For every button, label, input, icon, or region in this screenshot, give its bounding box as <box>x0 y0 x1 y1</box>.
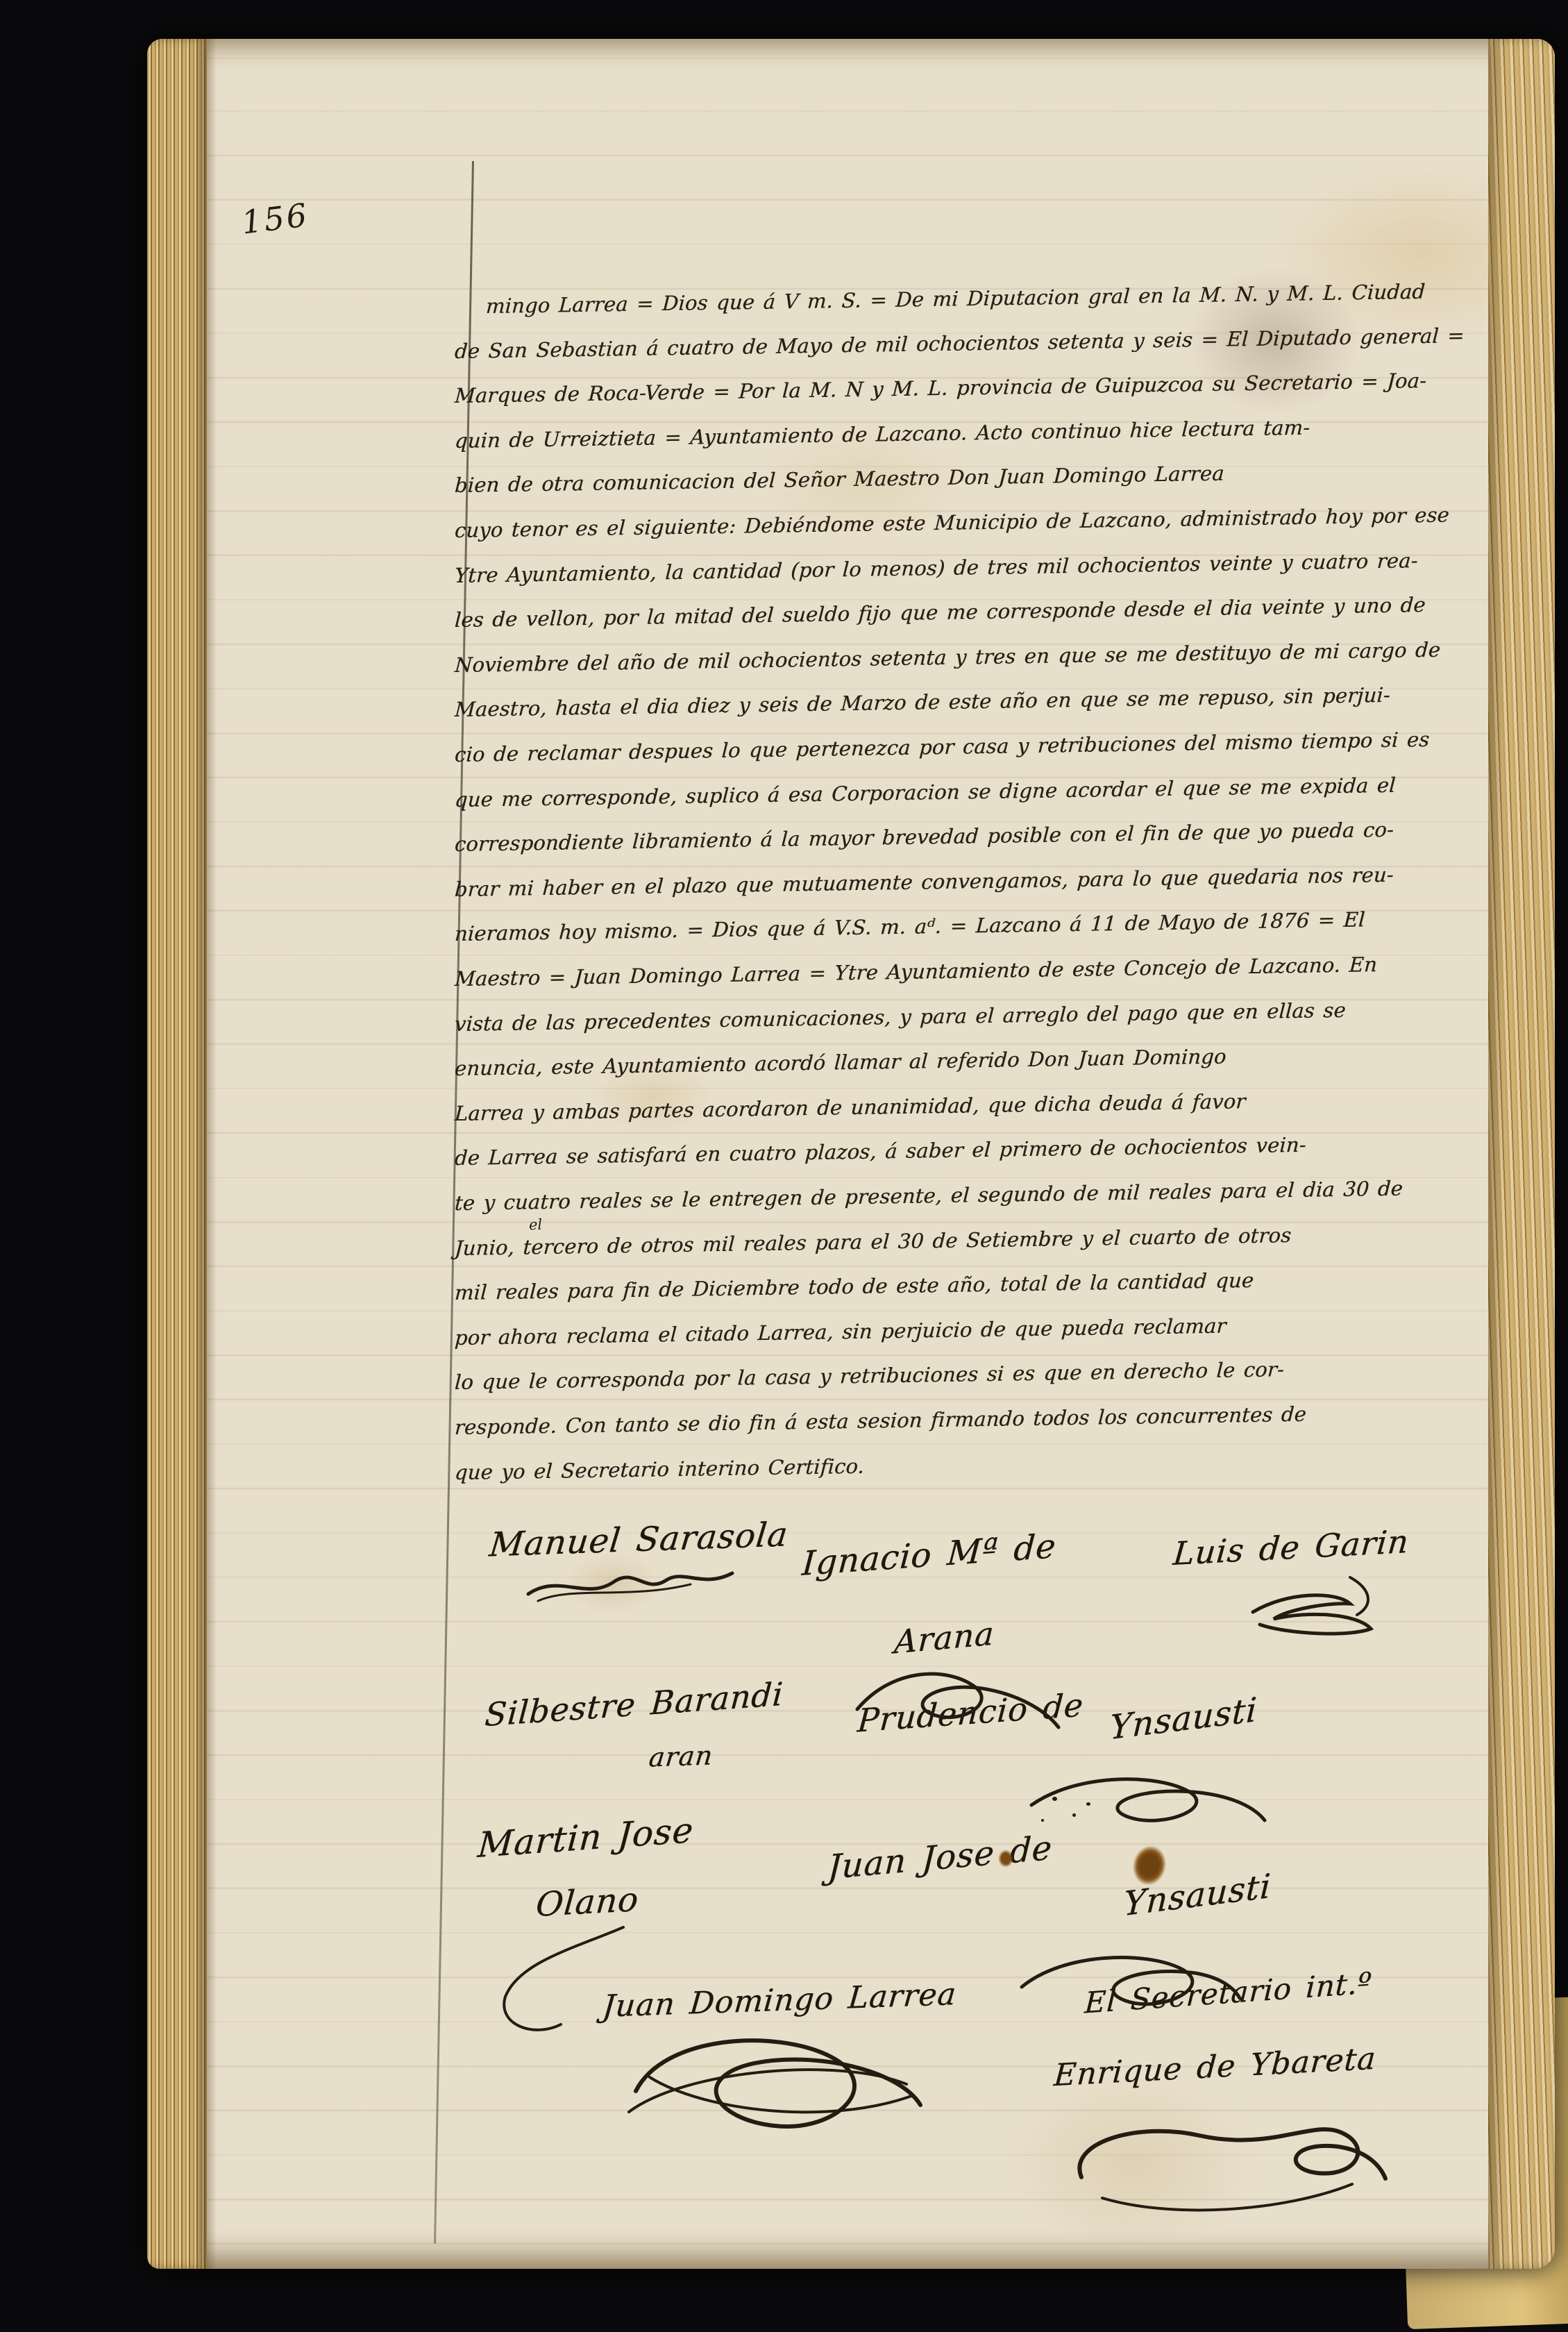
signature-rubric <box>1015 1938 1244 2029</box>
book-page-edges-left <box>147 39 207 2269</box>
photo-background: 156 mingo Larrea = Dios que á V m. S. = … <box>0 0 1568 2332</box>
ink-speck <box>1041 1819 1044 1822</box>
signature-rubric <box>1061 2101 1394 2233</box>
ink-blot <box>998 1849 1013 1868</box>
signature-rubric <box>524 1561 739 1609</box>
signature-rubric <box>1246 1570 1385 1640</box>
signature-barandiaran-suffix: aran <box>648 1740 715 1772</box>
signature-rubric <box>850 1661 1065 1737</box>
signature-rubric <box>608 2029 948 2161</box>
ink-speck <box>1072 1813 1076 1817</box>
ink-speck <box>1052 1797 1057 1801</box>
spine-crease <box>207 39 217 2269</box>
book-page-edges-right <box>1488 39 1555 2269</box>
signature-rubric <box>1026 1762 1269 1838</box>
signature-olano: Olano <box>534 1880 641 1924</box>
interline-insertion: el <box>529 1216 543 1234</box>
ink-speck <box>1086 1802 1090 1806</box>
